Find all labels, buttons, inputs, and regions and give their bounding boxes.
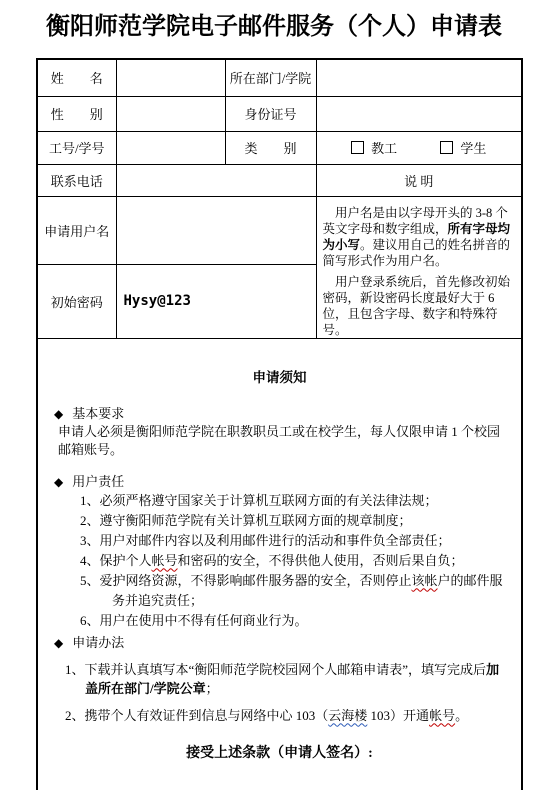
username-note: 用户名是由以字母开头的 3-8 个英文字母和数字组成，所有字母均为小写。建议用自… xyxy=(323,205,518,269)
application-method-title: ◆申请办法 xyxy=(54,634,521,652)
item-text: ； xyxy=(206,681,219,696)
username-password-note-cell: 用户名是由以字母开头的 3-8 个英文字母和数字组成，所有字母均为小写。建议用自… xyxy=(316,196,522,338)
workid-input-cell[interactable] xyxy=(116,131,225,164)
workid-label: 工号/学号 xyxy=(37,131,116,164)
signature-line: 接受上述条款（申请人签名）: xyxy=(38,744,521,763)
item-text: 用户在使用中不得有任何商业行为。 xyxy=(100,613,308,628)
list-item: 1、必须严格遵守国家关于计算机互联网方面的有关法律法规； xyxy=(112,491,513,511)
student-checkbox-icon[interactable] xyxy=(440,141,453,154)
grammar-flagged-text: 云海楼 xyxy=(328,708,367,723)
user-responsibility-title: ◆用户责任 xyxy=(54,473,521,491)
phone-input-cell[interactable] xyxy=(116,164,316,196)
user-responsibility-title-text: 用户责任 xyxy=(72,474,124,489)
item-number: 3、 xyxy=(80,533,100,548)
item-number: 5、 xyxy=(80,573,100,588)
category-label: 类 别 xyxy=(225,131,316,164)
staff-option-label: 教工 xyxy=(371,141,397,156)
item-text: 103）开通 xyxy=(367,708,429,723)
department-label: 所在部门/学院 xyxy=(225,59,316,96)
item-text: 下载并认真填写本“衡阳师范学院校园网个人邮箱申请表”，填写完成后 xyxy=(85,662,487,677)
password-value-cell[interactable]: Hysy@123 xyxy=(116,264,316,338)
name-label: 姓 名 xyxy=(37,59,116,96)
application-form-table: 姓 名 所在部门/学院 性 别 身份证号 工号/学号 类 别 教工 学生 联系电… xyxy=(36,58,523,790)
list-item: 1、下载并认真填写本“衡阳师范学院校园网个人邮箱申请表”，填写完成后加盖所在部门… xyxy=(85,660,507,698)
notice-heading: 申请须知 xyxy=(38,369,521,387)
application-method-list: 1、下载并认真填写本“衡阳师范学院校园网个人邮箱申请表”，填写完成后加盖所在部门… xyxy=(38,660,521,725)
student-option-label: 学生 xyxy=(460,141,486,156)
item-text: 爱护网络资源，不得影响邮件服务器的安全，否则停止 xyxy=(100,573,412,588)
application-method-title-text: 申请办法 xyxy=(72,635,124,650)
department-input-cell[interactable] xyxy=(316,59,522,96)
phone-label: 联系电话 xyxy=(37,164,116,196)
diamond-bullet-icon: ◆ xyxy=(54,636,63,650)
user-responsibility-list: 1、必须严格遵守国家关于计算机互联网方面的有关法律法规； 2、遵守衡阳师范学院有… xyxy=(38,491,521,631)
item-text: 携带个人有效证件到信息与网络中心 103（ xyxy=(85,708,329,723)
idcard-label: 身份证号 xyxy=(225,96,316,131)
list-item: 6、用户在使用中不得有任何商业行为。 xyxy=(112,611,513,631)
staff-checkbox-icon[interactable] xyxy=(351,141,364,154)
item-number: 1、 xyxy=(80,493,100,508)
idcard-input-cell[interactable] xyxy=(316,96,522,131)
list-item: 2、遵守衡阳师范学院有关计算机互联网方面的规章制度； xyxy=(112,511,513,531)
diamond-bullet-icon: ◆ xyxy=(54,407,63,421)
spellcheck-flagged-text: 该帐 xyxy=(412,573,438,588)
basic-requirements-text: 申请人必须是衡阳师范学院在职教职员工或在校学生，每人仅限申请 1 个校园邮箱账号… xyxy=(58,423,507,459)
item-text: 必须严格遵守国家关于计算机互联网方面的有关法律法规； xyxy=(100,493,438,508)
list-item: 3、用户对邮件内容以及利用邮件进行的活动和事件负全部责任； xyxy=(112,531,513,551)
item-number: 2、 xyxy=(65,708,85,723)
item-text: 用户对邮件内容以及利用邮件进行的活动和事件负全部责任； xyxy=(100,533,451,548)
staff-option[interactable]: 教工 xyxy=(351,138,397,157)
basic-requirements-title-text: 基本要求 xyxy=(72,406,124,421)
spellcheck-flagged-text: 帐号 xyxy=(152,553,178,568)
item-number: 4、 xyxy=(80,553,100,568)
item-number: 2、 xyxy=(80,513,100,528)
category-options-cell: 教工 学生 xyxy=(316,131,522,164)
student-option[interactable]: 学生 xyxy=(440,138,486,157)
password-note: 用户登录系统后，首先修改初始密码，新设密码长度最好大于 6 位，且包含字母、数字… xyxy=(323,274,518,338)
note-header: 说 明 xyxy=(316,164,522,196)
item-text: 。 xyxy=(455,708,468,723)
notice-cell: 申请须知 ◆基本要求 申请人必须是衡阳师范学院在职教职员工或在校学生，每人仅限申… xyxy=(37,338,522,790)
name-input-cell[interactable] xyxy=(116,59,225,96)
page-title: 衡阳师范学院电子邮件服务（个人）申请表 xyxy=(0,6,548,41)
item-text: 遵守衡阳师范学院有关计算机互联网方面的规章制度； xyxy=(100,513,412,528)
basic-requirements-title: ◆基本要求 xyxy=(54,405,521,423)
list-item: 2、携带个人有效证件到信息与网络中心 103（云海楼 103）开通帐号。 xyxy=(85,706,507,725)
list-item: 5、爱护网络资源，不得影响邮件服务器的安全，否则停止该帐户的邮件服务并追究责任； xyxy=(112,571,513,611)
diamond-bullet-icon: ◆ xyxy=(54,475,63,489)
item-number: 6、 xyxy=(80,613,100,628)
gender-input-cell[interactable] xyxy=(116,96,225,131)
item-text: 和密码的安全，不得供他人使用，否则后果自负； xyxy=(178,553,464,568)
username-label: 申请用户名 xyxy=(37,196,116,264)
username-input-cell[interactable] xyxy=(116,196,316,264)
spellcheck-flagged-text: 帐号 xyxy=(429,708,455,723)
list-item: 4、保护个人帐号和密码的安全，不得供他人使用，否则后果自负； xyxy=(112,551,513,571)
item-number: 1、 xyxy=(65,662,85,677)
item-text: 保护个人 xyxy=(100,553,152,568)
password-label: 初始密码 xyxy=(37,264,116,338)
gender-label: 性 别 xyxy=(37,96,116,131)
